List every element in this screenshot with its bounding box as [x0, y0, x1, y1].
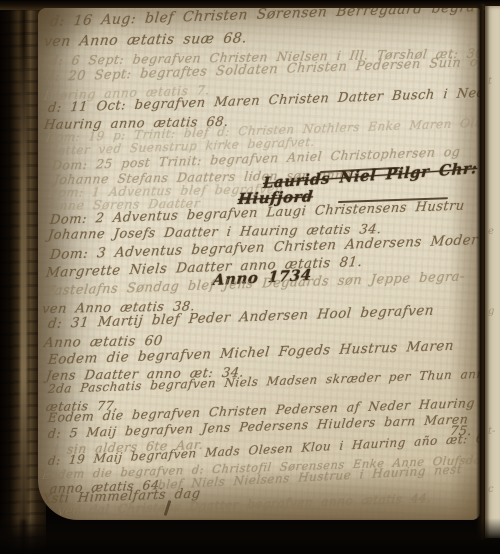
- adjacent-page-text-fragment: e: [488, 226, 494, 237]
- page-stack-highlight: [20, 40, 27, 520]
- manuscript-line: d: 16 Aug: blef Christen Sørensen Berreg…: [49, 8, 480, 30]
- manuscript-page: d: 16 Aug: blef Christen Sørensen Berreg…: [38, 8, 480, 520]
- adjacent-page-text-fragment: g: [488, 306, 494, 317]
- book-bottom-shadow: [0, 518, 500, 554]
- adjacent-page-text-fragment: t-: [488, 426, 495, 437]
- manuscript-line: ven Anno ætatis suæ 68.: [43, 30, 248, 50]
- manuscript-photo: d: 16 Aug: blef Christen Sørensen Berreg…: [0, 0, 500, 554]
- adjacent-page-edge: tegt-c: [485, 6, 500, 538]
- page-text-layer: d: 16 Aug: blef Christen Sørensen Berreg…: [38, 8, 480, 520]
- adjacent-page-text-fragment: c: [488, 484, 494, 495]
- adjacent-page-text-fragment: t: [488, 76, 492, 87]
